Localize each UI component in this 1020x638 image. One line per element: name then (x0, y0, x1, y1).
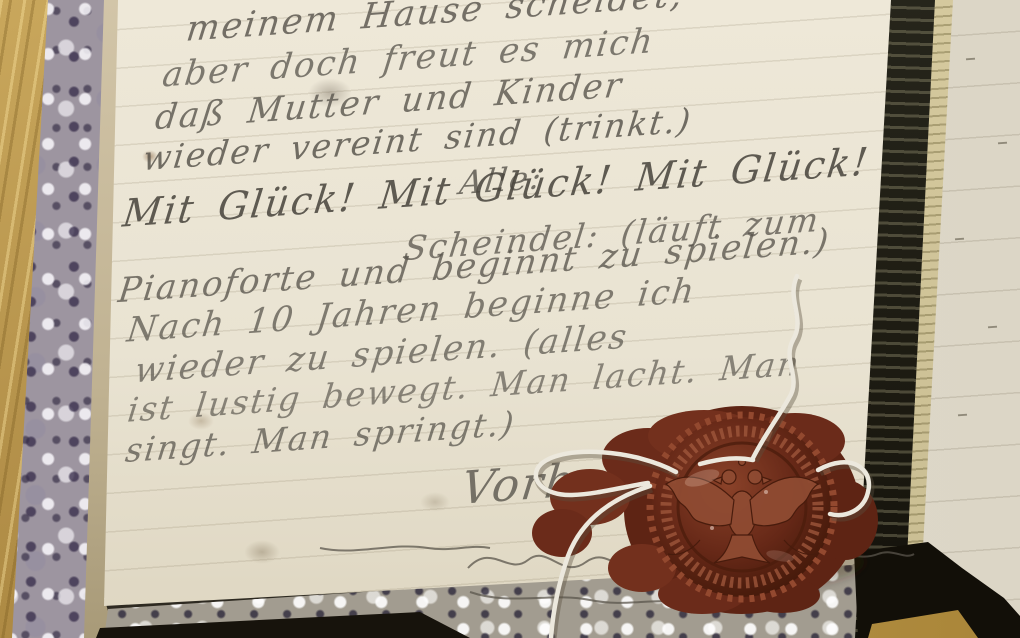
wax-seal (532, 406, 878, 614)
photo-old-manuscript: meinem Hause scheidet, aber doch freut e… (0, 0, 1020, 638)
seal-and-string-overlay (0, 0, 1020, 638)
